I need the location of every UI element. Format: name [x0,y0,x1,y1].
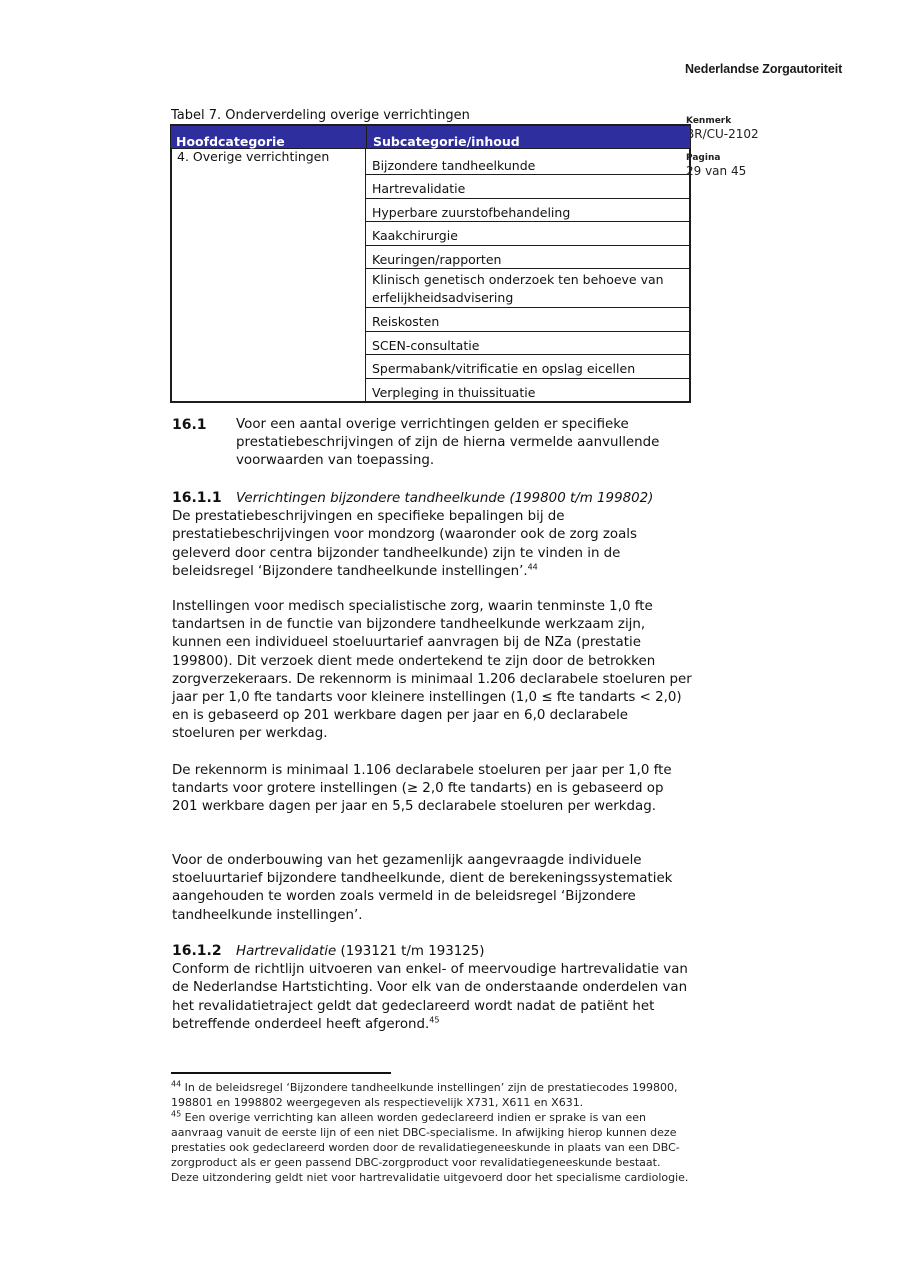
section-text: Voor een aantal overige verrichtingen ge… [236,416,692,471]
section-number: 16.1.2 [172,942,236,960]
section-text: De prestatiebeschrijvingen en specifieke… [172,509,637,579]
subcategory-column: Bijzondere tandheelkunde Hartrevalidatie… [365,149,689,401]
page-number-block: Pagina 29 van 45 [686,152,746,178]
table-row: Spermabank/vitrificatie en opslag eicell… [366,354,689,378]
section-16-1: 16.1 Voor een aantal overige verrichting… [172,416,692,471]
reference-value: BR/CU-2102 [686,127,759,141]
paragraph-rekennorm: De rekennorm is minimaal 1.106 declarabe… [172,762,692,817]
section-16-1-1: 16.1.1Verrichtingen bijzondere tandheelk… [172,489,692,581]
footnote-ref-45[interactable]: 45 [429,1015,439,1024]
table-header-row: Hoofdcategorie Subcategorie/inhoud [170,124,691,149]
column-header-subcategory: Subcategorie/inhoud [366,126,690,148]
footnote-number: 45 [171,1109,181,1118]
organization-name: Nederlandse Zorgautoriteit [685,62,842,76]
page-number: 29 van 45 [686,164,746,178]
table-row: SCEN-consultatie [366,331,689,355]
column-header-main-category: Hoofdcategorie [171,126,366,148]
section-number: 16.1.1 [172,489,236,507]
section-title: Verrichtingen bijzondere tandheelkunde (… [236,491,653,506]
reference-block: Kenmerk BR/CU-2102 [686,115,759,141]
section-title: Hartrevalidatie [236,944,336,959]
table-row: Kaakchirurgie [366,221,689,245]
section-codes: (193121 t/m 193125) [341,944,485,959]
table-row: Verpleging in thuissituatie [366,378,689,402]
footnote-number: 44 [171,1079,181,1088]
footnote-divider [171,1072,391,1074]
table-row: Bijzondere tandheelkunde [366,149,689,174]
footnote-ref-44[interactable]: 44 [528,562,538,571]
section-16-1-2: 16.1.2Hartrevalidatie (193121 t/m 193125… [172,942,692,1034]
footnote-45: 45 Een overige verrichting kan alleen wo… [171,1110,691,1185]
table-row: Klinisch genetisch onderzoek ten behoeve… [366,268,689,307]
paragraph-onderbouwing: Voor de onderbouwing van het gezamenlijk… [172,852,692,925]
footnote-44: 44 In de beleidsregel ‘Bijzondere tandhe… [171,1080,691,1110]
table-row: Hyperbare zuurstofbehandeling [366,198,689,222]
table-row: Keuringen/rapporten [366,245,689,269]
footnote-text: Een overige verrichting kan alleen worde… [171,1111,688,1184]
table-row: Hartrevalidatie [366,174,689,198]
subdivision-table: Hoofdcategorie Subcategorie/inhoud 4. Ov… [170,124,691,403]
paragraph-instellingen: Instellingen voor medisch specialistisch… [172,598,692,744]
section-number: 16.1 [172,416,207,434]
footnotes: 44 In de beleidsregel ‘Bijzondere tandhe… [171,1080,691,1185]
table-row: Reiskosten [366,307,689,331]
table-caption: Tabel 7. Onderverdeling overige verricht… [171,108,470,123]
footnote-text: In de beleidsregel ‘Bijzondere tandheelk… [171,1081,678,1109]
main-category-cell: 4. Overige verrichtingen [172,149,365,401]
table-body: 4. Overige verrichtingen Bijzondere tand… [172,149,689,401]
